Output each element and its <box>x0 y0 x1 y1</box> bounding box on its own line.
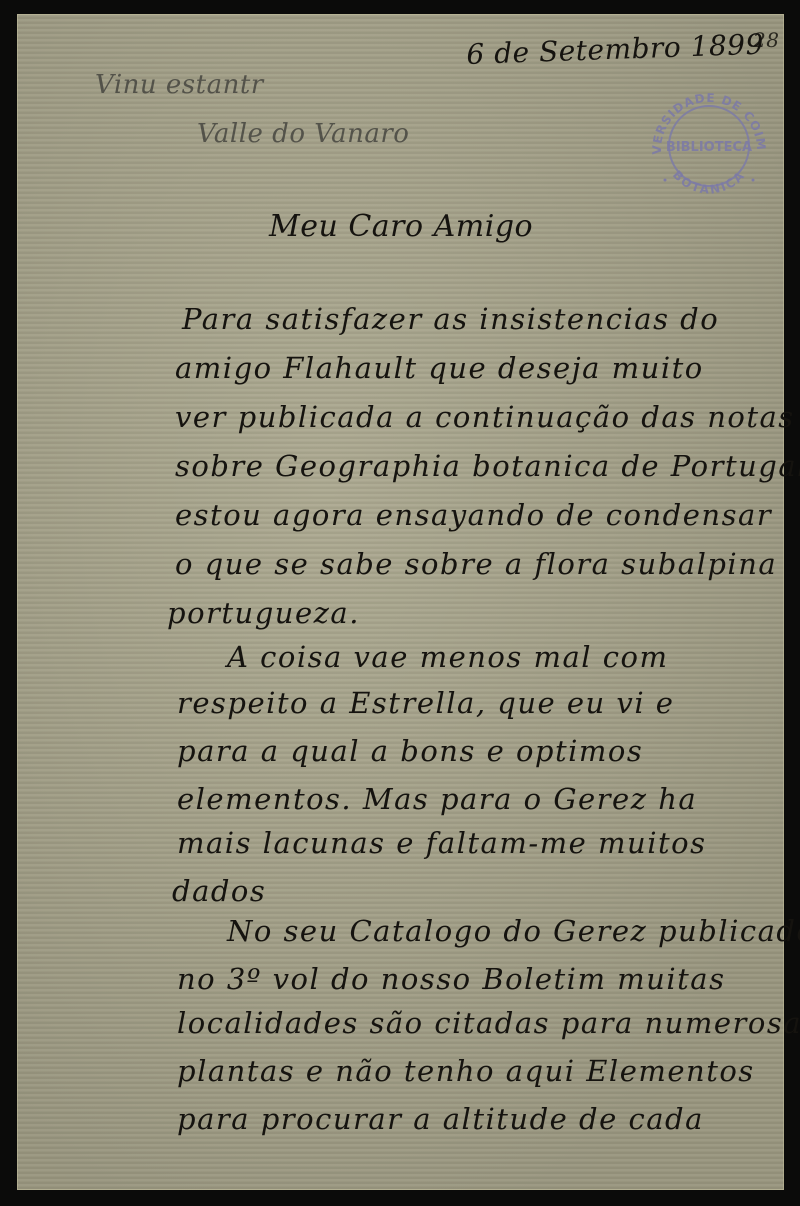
body-line: Para satisfazer as insistencias do <box>182 302 719 336</box>
body-line: no 3º vol do nosso Boletim muitas <box>177 962 725 996</box>
letter-date: 6 de Setembro 1899 <box>466 28 765 71</box>
body-line: portugueza. <box>167 596 360 630</box>
svg-text:BIBLIOTECA: BIBLIOTECA <box>666 140 752 155</box>
body-line: localidades são citadas para numerosas <box>177 1006 800 1040</box>
body-line: plantas e não tenho aqui Elementos <box>177 1054 755 1088</box>
body-line: mais lacunas e faltam-me muitos <box>177 826 706 860</box>
origin-line-2: Valle do Vanaro <box>197 119 409 149</box>
body-line: ver publicada a continuação das notas <box>175 400 795 434</box>
body-line: para a qual a bons e optimos <box>177 734 643 768</box>
body-line: o que se sabe sobre a flora subalpina <box>175 547 777 581</box>
body-line: No seu Catalogo do Gerez publicado <box>227 914 800 948</box>
body-line: respeito a Estrella, que eu vi e <box>177 686 674 720</box>
svg-text:BOTANICA: BOTANICA <box>670 168 748 197</box>
body-line: amigo Flahault que deseja muito <box>175 351 704 385</box>
body-line: sobre Geographia botanica de Portugal <box>175 449 800 483</box>
body-line: estou agora ensayando de condensar <box>175 498 772 532</box>
origin-line-1: Vinu estantr <box>95 70 264 100</box>
salutation: Meu Caro Amigo <box>269 209 533 244</box>
body-line: para procurar a altitude de cada <box>177 1102 704 1136</box>
library-stamp: UNIVERSIDADE DE COIMBRA BIBLIOTECA BOTAN… <box>645 80 773 208</box>
body-line: A coisa vae menos mal com <box>227 640 668 674</box>
letter-page: 28 6 de Setembro 1899 Vinu estantr Valle… <box>17 14 784 1190</box>
body-line: elementos. Mas para o Gerez ha <box>177 782 697 816</box>
body-line: dados <box>172 874 266 908</box>
stamp-icon: UNIVERSIDADE DE COIMBRA BIBLIOTECA BOTAN… <box>645 80 773 208</box>
